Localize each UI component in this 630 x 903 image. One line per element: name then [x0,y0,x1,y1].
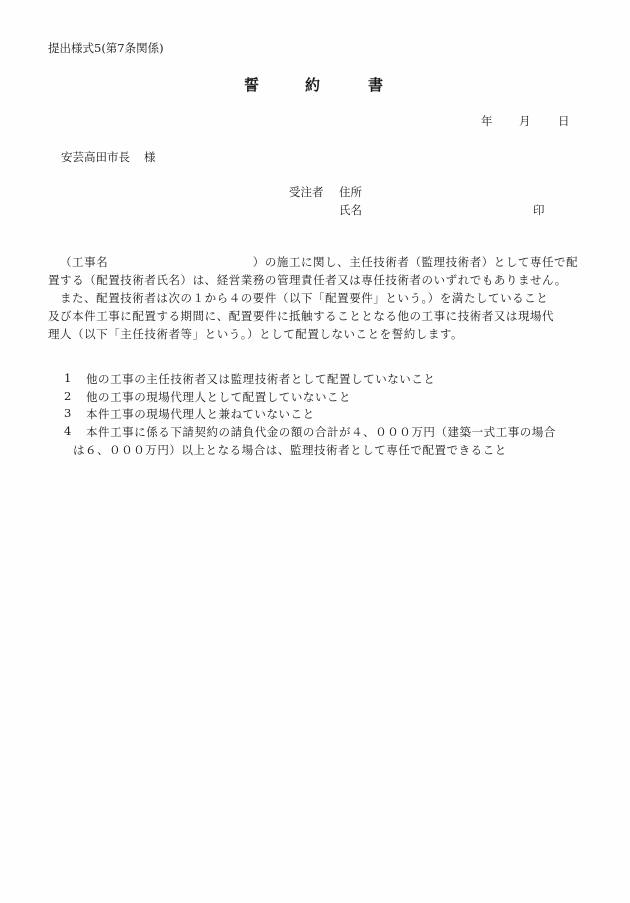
seal-label: 印 [533,202,545,218]
requirement-text-continuation: は６、０００万円）以上となる場合は、監理技術者として専任で配置できること [73,442,507,458]
requirement-number: 4 [64,424,72,438]
requirement-number: 1 [64,371,72,385]
requirement-text: 本件工事の現場代理人と兼ねていないこと [86,406,315,422]
requirement-text: 他の工事の主任技術者又は監理技術者として配置していないこと [86,371,435,387]
requirement-number: 3 [64,406,72,420]
requirement-text: 他の工事の現場代理人として配置していないこと [86,389,351,405]
body-line-4: 及び本件工事に配置する期間に、配置要件に抵触することとなる他の工事に技術者又は現… [48,308,554,324]
title-char-3: 書 [368,74,383,95]
addressee-name: 安芸高田市長 [61,150,130,164]
title-char-2: 約 [305,74,320,95]
body-line-3: また、配置技術者は次の１から４の要件（以下「配置要件」という。）を満たしているこ… [60,290,548,306]
year-label: 年 [481,113,493,129]
month-label: 月 [519,113,531,129]
contractor-role-label: 受注者 [289,184,324,200]
contractor-address-label: 住所 [339,184,362,200]
body-line-1: （工事名 ）の施工に関し、主任技術者（監理技術者）として専任で配 [60,254,578,270]
addressee: 安芸高田市長様 [61,149,156,165]
form-number-label: 提出様式5(第7条関係) [48,40,164,56]
body-line-5: 理人（以下「主任技術者等」という。）として配置しないことを誓約します。 [48,326,463,342]
document-page: { "document": { "form_label": "提出様式5(第7条… [0,0,630,903]
requirement-text: 本件工事に係る下請契約の請負代金の額の合計が４、０００万円（建築一式工事の場合 [86,424,556,440]
addressee-honorific: 様 [144,150,156,164]
requirement-number: 2 [64,389,72,403]
title-char-1: 誓 [244,74,259,95]
contractor-name-label: 氏名 [339,202,362,218]
day-label: 日 [558,113,570,129]
body-line-2: 置する（配置技術者氏名）は、経営業務の管理責任者又は専任技術者のいずれでもありま… [48,272,567,288]
